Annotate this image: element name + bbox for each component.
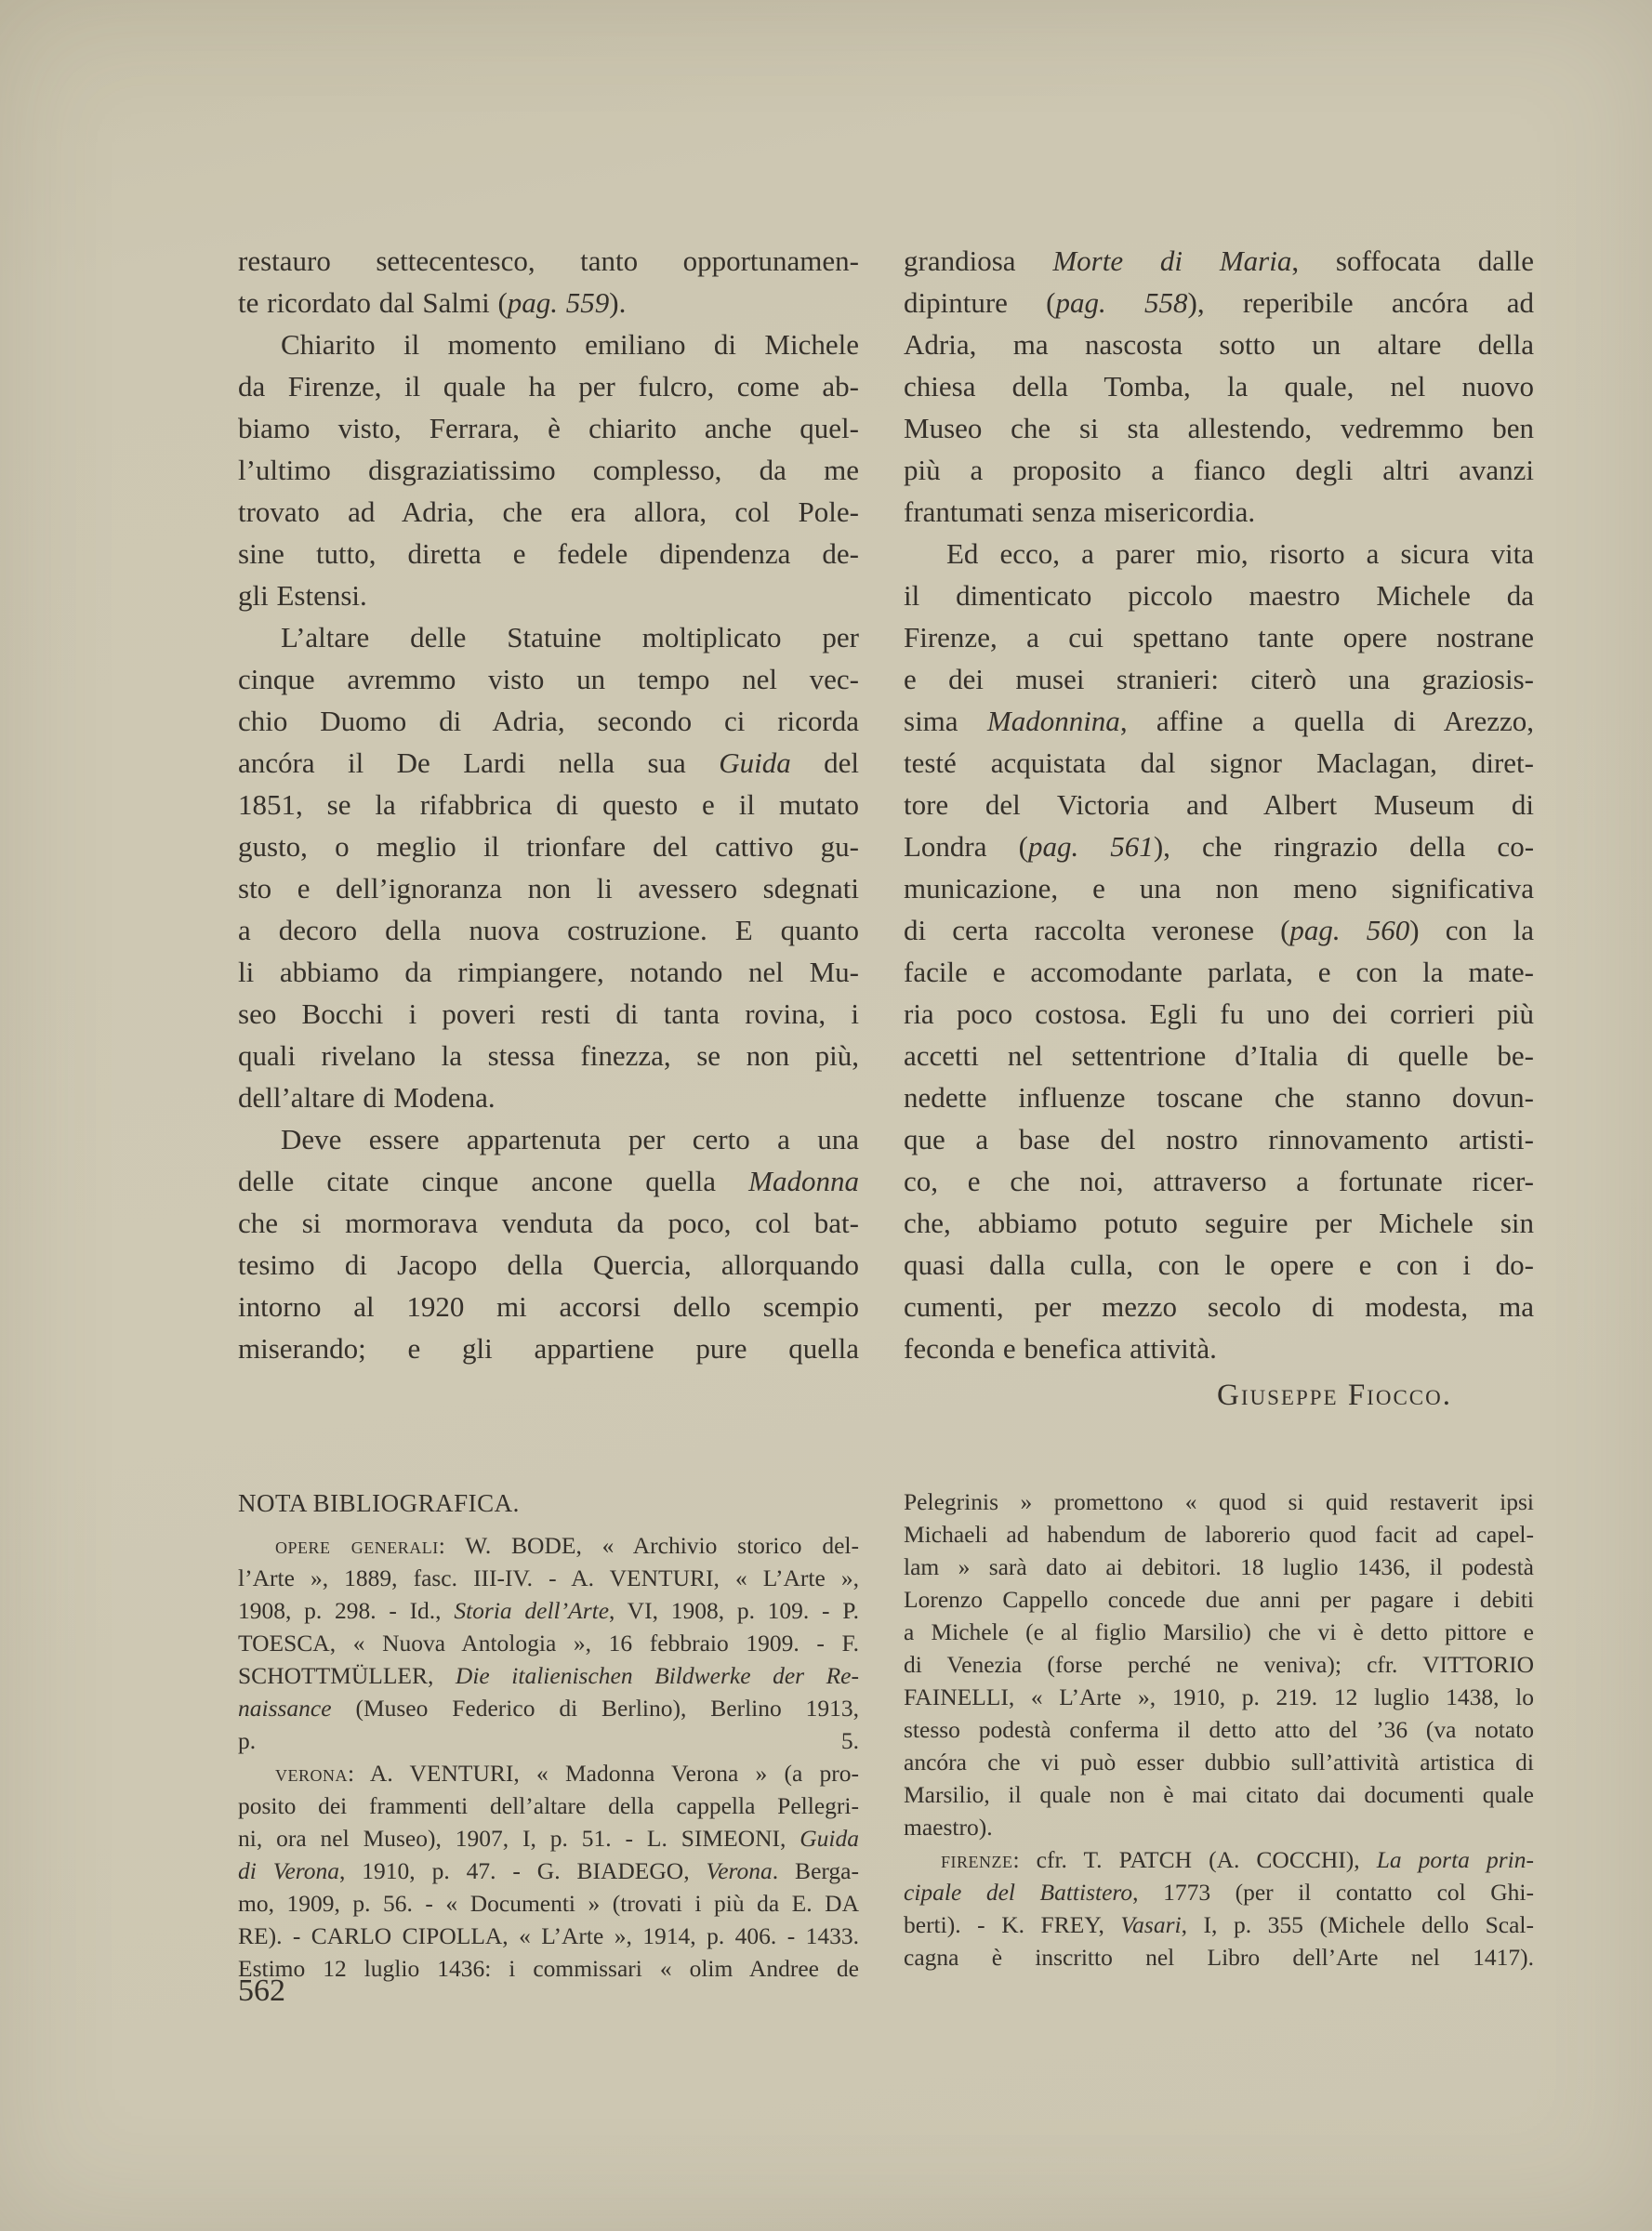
paragraph: firenze: cfr. T. PATCH (A. COCCHI), La p… <box>904 1843 1534 1974</box>
text-line: cumenti, per mezzo secolo di modesta, ma <box>904 1286 1534 1327</box>
text-line: ria poco costosa. Egli fu uno dei corrie… <box>904 993 1534 1035</box>
bibliography-right-column: Pelegrinis » promettono « quod si quid r… <box>904 1485 1534 1974</box>
text-line: feconda e benefica attività. <box>904 1327 1534 1369</box>
small-caps-text: firenze <box>941 1846 1013 1873</box>
text-line: tesimo di Jacopo della Quercia, allorqua… <box>238 1244 859 1286</box>
text-line: a decoro della nuova costruzione. E quan… <box>238 909 859 951</box>
text-line: miserando; e gli appartiene pure quella <box>238 1327 859 1369</box>
text-line: Estimo 12 luglio 1436: i commissari « ol… <box>238 1952 859 1985</box>
text-line: ni, ora nel Museo), 1907, I, p. 51. - L.… <box>238 1822 859 1855</box>
text-line: naissance (Museo Federico di Berlino), B… <box>238 1692 859 1724</box>
text-line: sine tutto, diretta e fedele dipendenza … <box>238 533 859 574</box>
text-line: cagna è inscritto nel Libro dell’Arte ne… <box>904 1941 1534 1974</box>
text-line: nedette influenze toscane che stanno dov… <box>904 1076 1534 1118</box>
text-line: che, abbiamo potuto seguire per Michele … <box>904 1202 1534 1244</box>
text-line: facile e accomodante parlata, e con la m… <box>904 951 1534 993</box>
text-line: che si mormorava venduta da poco, col ba… <box>238 1202 859 1244</box>
text-line: verona: A. VENTURI, « Madonna Verona » (… <box>238 1757 859 1789</box>
text-line: te ricordato dal Salmi (pag. 559). <box>238 282 859 323</box>
text-line: L’altare delle Statuine moltiplicato per <box>238 616 859 658</box>
text-line: posito dei frammenti dell’altare della c… <box>238 1789 859 1822</box>
text-line: FAINELLI, « L’Arte », 1910, p. 219. 12 l… <box>904 1681 1534 1713</box>
bibliography-left-paragraphs: opere generali: W. BODE, « Archivio stor… <box>238 1529 859 1985</box>
text-line: grandiosa Morte di Maria, soffocata dall… <box>904 240 1534 282</box>
text-line: lam » sarà dato ai debitori. 18 luglio 1… <box>904 1551 1534 1583</box>
text-line: 1908, p. 298. - Id., Storia dell’Arte, V… <box>238 1594 859 1627</box>
text-line: di Verona, 1910, p. 47. - G. BIADEGO, Ve… <box>238 1855 859 1887</box>
text-line: quali rivelano la stessa finezza, se non… <box>238 1035 859 1076</box>
text-line: e dei musei stranieri: citerò una grazio… <box>904 658 1534 700</box>
text-line: dell’altare di Modena. <box>238 1076 859 1118</box>
text-line: da Firenze, il quale ha per fulcro, come… <box>238 365 859 407</box>
text-line: SCHOTTMÜLLER, Die italienischen Bildwerk… <box>238 1659 859 1692</box>
author-signature: Giuseppe Fiocco. <box>904 1375 1534 1417</box>
small-caps-text: opere generali <box>275 1532 439 1559</box>
text-line: cipale del Battistero, 1773 (per il cont… <box>904 1876 1534 1908</box>
text-line: RE). - CARLO CIPOLLA, « L’Arte », 1914, … <box>238 1920 859 1952</box>
page-number: 562 <box>238 1973 285 2010</box>
text-line: di Venezia (forse perché ne veniva); cfr… <box>904 1648 1534 1681</box>
text-line: Firenze, a cui spettano tante opere nost… <box>904 616 1534 658</box>
bibliography-heading: NOTA BIBLIOGRAFICA. <box>238 1485 859 1521</box>
text-line: firenze: cfr. T. PATCH (A. COCCHI), La p… <box>904 1843 1534 1876</box>
text-line: municazione, e una non meno significativ… <box>904 867 1534 909</box>
text-line: sima Madonnina, affine a quella di Arezz… <box>904 700 1534 742</box>
text-line: opere generali: W. BODE, « Archivio stor… <box>238 1529 859 1562</box>
paragraph: Chiarito il momento emiliano di Micheled… <box>238 323 859 616</box>
text-line: Ed ecco, a parer mio, risorto a sicura v… <box>904 533 1534 574</box>
text-line: sto e dell’ignoranza non li avessero sde… <box>238 867 859 909</box>
text-line: li abbiamo da rimpiangere, notando nel M… <box>238 951 859 993</box>
text-line: que a base del nostro rinnovamento artis… <box>904 1118 1534 1160</box>
text-line: accetti nel settentrione d’Italia di que… <box>904 1035 1534 1076</box>
text-line: delle citate cinque ancone quella Madonn… <box>238 1160 859 1202</box>
article-right-paragraphs: grandiosa Morte di Maria, soffocata dall… <box>904 240 1534 1369</box>
text-line: chiesa della Tomba, la quale, nel nuovo <box>904 365 1534 407</box>
text-line: p. 5. <box>238 1724 859 1757</box>
text-line: mo, 1909, p. 56. - « Documenti » (trovat… <box>238 1887 859 1920</box>
text-line: Michaeli ad habendum de laborerio quod f… <box>904 1518 1534 1551</box>
text-line: seo Bocchi i poveri resti di tanta rovin… <box>238 993 859 1035</box>
text-line: tore del Victoria and Albert Museum di <box>904 784 1534 825</box>
bibliography-left-column: NOTA BIBLIOGRAFICA. opere generali: W. B… <box>238 1485 859 1985</box>
text-line: TOESCA, « Nuova Antologia », 16 febbraio… <box>238 1627 859 1659</box>
text-line: cinque avremmo visto un tempo nel vec- <box>238 658 859 700</box>
text-line: berti). - K. FREY, Vasari, I, p. 355 (Mi… <box>904 1908 1534 1941</box>
text-line: ancóra che vi può esser dubbio sull’atti… <box>904 1746 1534 1778</box>
paragraph: L’altare delle Statuine moltiplicato per… <box>238 616 859 1118</box>
text-line: testé acquistata dal signor Maclagan, di… <box>904 742 1534 784</box>
paragraph: verona: A. VENTURI, « Madonna Verona » (… <box>238 1757 859 1985</box>
paragraph: Deve essere appartenuta per certo a unad… <box>238 1118 859 1369</box>
article-left-column: restauro settecentesco, tanto opportunam… <box>238 240 859 1369</box>
text-line: quasi dalla culla, con le opere e con i … <box>904 1244 1534 1286</box>
text-line: chio Duomo di Adria, secondo ci ricorda <box>238 700 859 742</box>
text-line: a Michele (e al figlio Marsilio) che vi … <box>904 1616 1534 1648</box>
text-line: Deve essere appartenuta per certo a una <box>238 1118 859 1160</box>
text-line: l’ultimo disgraziatissimo complesso, da … <box>238 449 859 491</box>
text-line: trovato ad Adria, che era allora, col Po… <box>238 491 859 533</box>
text-line: Adria, ma nascosta sotto un altare della <box>904 323 1534 365</box>
paragraph: restauro settecentesco, tanto opportunam… <box>238 240 859 323</box>
text-line: gusto, o meglio il trionfare del cattivo… <box>238 825 859 867</box>
article-right-column: grandiosa Morte di Maria, soffocata dall… <box>904 240 1534 1417</box>
text-line: intorno al 1920 mi accorsi dello scempio <box>238 1286 859 1327</box>
paragraph: Ed ecco, a parer mio, risorto a sicura v… <box>904 533 1534 1369</box>
text-line: restauro settecentesco, tanto opportunam… <box>238 240 859 282</box>
text-line: ancóra il De Lardi nella sua Guida del <box>238 742 859 784</box>
text-line: Museo che si sta allestendo, vedremmo be… <box>904 407 1534 449</box>
text-line: 1851, se la rifabbrica di questo e il mu… <box>238 784 859 825</box>
paragraph: opere generali: W. BODE, « Archivio stor… <box>238 1529 859 1757</box>
text-line: maestro). <box>904 1811 1534 1843</box>
text-line: Chiarito il momento emiliano di Michele <box>238 323 859 365</box>
text-line: Londra (pag. 561), che ringrazio della c… <box>904 825 1534 867</box>
text-line: stesso podestà conferma il detto atto de… <box>904 1713 1534 1746</box>
text-line: Pelegrinis » promettono « quod si quid r… <box>904 1485 1534 1518</box>
text-line: Marsilio, il quale non è mai citato dai … <box>904 1778 1534 1811</box>
text-line: frantumati senza misericordia. <box>904 491 1534 533</box>
text-line: Lorenzo Cappello concede due anni per pa… <box>904 1583 1534 1616</box>
paragraph: Pelegrinis » promettono « quod si quid r… <box>904 1485 1534 1843</box>
text-line: gli Estensi. <box>238 574 859 616</box>
text-line: co, e che noi, attraverso a fortunate ri… <box>904 1160 1534 1202</box>
text-line: più a proposito a fianco degli altri ava… <box>904 449 1534 491</box>
paragraph: grandiosa Morte di Maria, soffocata dall… <box>904 240 1534 533</box>
text-line: l’Arte », 1889, fasc. III-IV. - A. VENTU… <box>238 1562 859 1594</box>
text-line: di certa raccolta veronese (pag. 560) co… <box>904 909 1534 951</box>
text-line: il dimenticato piccolo maestro Michele d… <box>904 574 1534 616</box>
text-line: dipinture (pag. 558), reperibile ancóra … <box>904 282 1534 323</box>
small-caps-text: verona <box>275 1760 348 1787</box>
text-line: biamo visto, Ferrara, è chiarito anche q… <box>238 407 859 449</box>
